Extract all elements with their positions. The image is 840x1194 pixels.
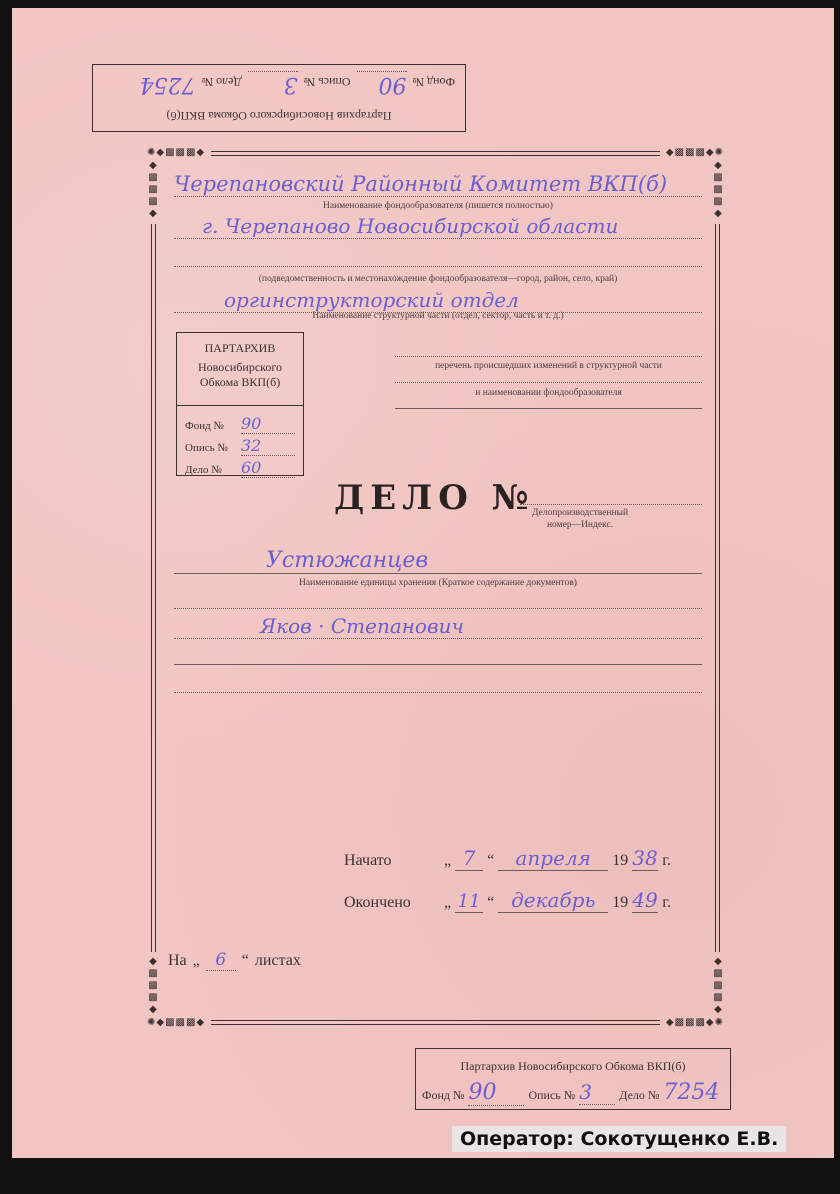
stamp-delo-label: Дело № — [185, 464, 241, 476]
frame-ornament-top-left: ✺◆▩▩▩◆ — [147, 148, 205, 158]
storage-unit-line-2: Яков · Степанович — [174, 614, 702, 639]
storage-unit-blank-1 — [174, 608, 702, 609]
sheets-suffix: листах — [255, 952, 301, 970]
ended-year: 49 — [632, 888, 658, 913]
bottom-archive-stamp: Партархив Новосибирского Обкома ВКП(б) Ф… — [415, 1048, 731, 1110]
ended-year-prefix: 19 — [612, 894, 628, 912]
ended-year-suffix: г. — [662, 894, 671, 912]
bottom-stamp-fond-label: Фонд № — [422, 1088, 464, 1103]
top-stamp-title: Партархив Новосибирского Обкома ВКП(б) — [93, 108, 465, 123]
top-archive-stamp-inverted: Партархив Новосибирского Обкома ВКП(б) Ф… — [92, 64, 466, 132]
stamp-fond-label: Фонд № — [185, 420, 241, 432]
started-month: апреля — [498, 846, 608, 871]
bottom-stamp-opis-value: 3 — [579, 1080, 615, 1105]
bottom-stamp-opis-label: Опись № — [528, 1088, 575, 1103]
bottom-stamp-title: Партархив Новосибирского Обкома ВКП(б) — [416, 1059, 730, 1074]
stamp-line-1: ПАРТАРХИВ — [177, 341, 303, 356]
stamp-fond-value: 90 — [241, 414, 295, 434]
changes-line-3 — [395, 408, 702, 409]
started-year-prefix: 19 — [612, 852, 628, 870]
delo-title: ДЕЛО № — [334, 478, 535, 518]
storage-unit-caption: Наименование единицы хранения (Краткое с… — [174, 578, 702, 588]
ended-day: 11 — [455, 891, 483, 913]
delo-index-line — [520, 504, 702, 505]
fund-creator-name: Черепановский Районный Комитет ВКП(б) — [174, 172, 702, 197]
delo-index-caption-1: Делопроизводственный — [520, 507, 640, 519]
started-day: 7 — [455, 846, 483, 871]
sheets-prefix: На — [168, 952, 187, 970]
blank-line — [174, 266, 702, 267]
started-date-row: Начато „ 7 “ апреля 1938 г. — [344, 846, 671, 871]
stamp-opis-label: Опись № — [185, 442, 241, 454]
stamp-delo-value: 60 — [241, 458, 295, 478]
frame-bottom-rule — [211, 1020, 660, 1025]
changes-caption-1: перечень происшедших изменений в структу… — [395, 361, 702, 371]
stamp-line-2: Новосибирского — [177, 360, 303, 375]
partarchive-stamp: ПАРТАРХИВ Новосибирского Обкома ВКП(б) Ф… — [176, 332, 304, 476]
changes-line-2 — [395, 382, 702, 383]
storage-unit-blank-2 — [174, 664, 702, 665]
bottom-stamp-delo-label: Дело № — [619, 1088, 659, 1103]
changes-caption-2: и наименовании фондообразователя — [395, 388, 702, 398]
frame-left-rule — [151, 224, 156, 952]
bottom-stamp-fond-value: 90 — [468, 1080, 524, 1106]
top-stamp-fond-label: Фонд № — [413, 74, 455, 89]
frame-ornament-bottom-left: ✺◆▩▩▩◆ — [147, 1018, 205, 1028]
storage-unit-line-1: Устюжанцев — [174, 548, 702, 574]
started-year-suffix: г. — [662, 852, 671, 870]
bottom-stamp-delo-value: 7254 — [663, 1080, 719, 1105]
ended-date-row: Окончено „ 11 “ декабрь 1949 г. — [344, 888, 671, 913]
stamp-opis-value: 32 — [241, 436, 295, 456]
frame-top-rule — [211, 151, 660, 156]
top-stamp-delo-label: Дело № — [202, 74, 242, 89]
top-stamp-opis-value: 3 — [248, 71, 298, 97]
frame-ornament-bottom-right: ◆▩▩▩◆✺ — [666, 1018, 724, 1028]
frame-ornament-left-top: ◆▩▩▩◆ — [147, 160, 159, 220]
archive-folder-cover: Партархив Новосибирского Обкома ВКП(б) Ф… — [12, 8, 834, 1158]
structural-unit-name: оргинструкторский отдел — [174, 288, 702, 313]
started-label: Начато — [344, 852, 440, 870]
top-stamp-fond-value: 90 — [357, 71, 407, 97]
changes-line-1 — [395, 356, 702, 357]
delo-index-caption: Делопроизводственный номер—Индекс. — [520, 507, 640, 531]
fund-creator-location: г. Черепаново Новосибирской области — [174, 214, 702, 239]
frame-ornament-top-right: ◆▩▩▩◆✺ — [666, 148, 724, 158]
sheets-value: 6 — [206, 950, 236, 971]
stamp-line-3: Обкома ВКП(б) — [177, 375, 303, 390]
started-year: 38 — [632, 846, 658, 871]
ended-label: Окончено — [344, 894, 440, 912]
structural-unit-caption: Наименование структурной части (отдел, с… — [174, 311, 702, 321]
frame-ornament-left-bottom: ◆▩▩▩◆ — [147, 956, 159, 1016]
delo-index-caption-2: номер—Индекс. — [520, 519, 640, 531]
top-stamp-opis-label: Опись № — [304, 74, 351, 89]
ended-month: декабрь — [498, 888, 608, 913]
operator-label: Оператор: Сокотущенко Е.В. — [452, 1126, 786, 1152]
frame-right-rule — [715, 224, 720, 952]
top-stamp-delo-value: 7254 — [140, 72, 196, 97]
fund-creator-location-caption: (подведомственность и местонахождение фо… — [174, 274, 702, 284]
sheets-count-row: На „ 6 “ листах — [168, 950, 301, 971]
storage-unit-blank-3 — [174, 692, 702, 693]
frame-ornament-right-top: ◆▩▩▩◆ — [712, 160, 724, 220]
fund-creator-caption: Наименование фондообразователя (пишется … — [174, 201, 702, 211]
frame-ornament-right-bottom: ◆▩▩▩◆ — [712, 956, 724, 1016]
